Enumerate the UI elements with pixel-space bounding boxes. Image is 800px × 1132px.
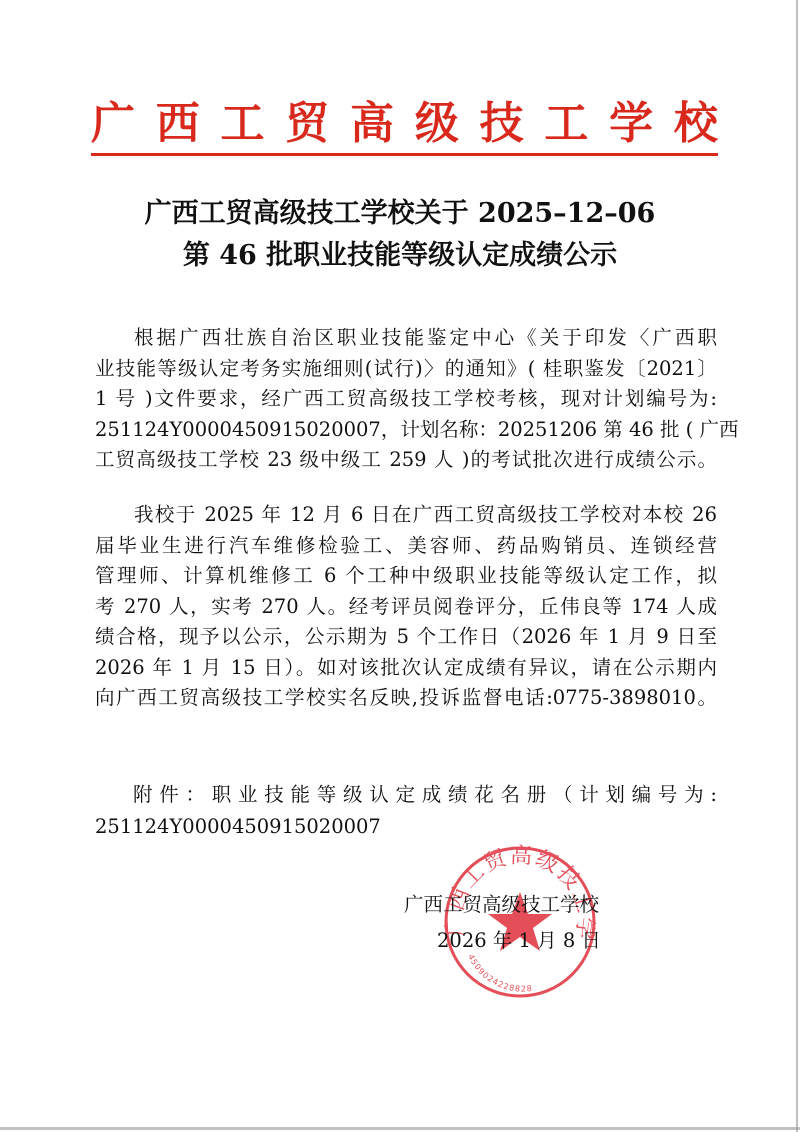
document-title: 广西工贸高级技工学校关于 2025–12–06 第 46 批职业技能等级认定成绩… xyxy=(100,193,700,277)
paragraph-line: 2026 年 1 月 15 日）。如对该批次认定成绩有异议，请在公示期内 xyxy=(95,653,717,684)
paragraph-line: 绩合格，现予以公示，公示期为 5 个工作日（2026 年 1 月 9 日至 xyxy=(95,622,717,653)
paragraph-line: 届毕业生进行汽车维修检验工、美容师、药品购销员、连锁经营 xyxy=(95,531,717,562)
paragraph-line: 管理师、计算机维修工 6 个工种中级职业技能等级认定工作，拟 xyxy=(95,561,717,592)
paragraph-line: 1 号 )文件要求，经广西工贸高级技工学校考核，现对计划编号为: xyxy=(95,384,717,415)
attachment-plan-number: 251124Y0000450915020007 xyxy=(95,811,717,843)
paragraph-line: 根据广西壮族自治区职业技能鉴定中心《关于印发〈广西职 xyxy=(95,323,717,354)
letterhead-char: 级 xyxy=(415,96,459,152)
paragraph-line: 我校于 2025 年 12 月 6 日在广西工贸高级技工学校对本校 26 xyxy=(95,500,717,531)
signature-org: 广西工贸高级技工学校 xyxy=(404,887,624,923)
letterhead-divider xyxy=(91,153,718,156)
letterhead-char: 贸 xyxy=(285,96,329,152)
signature-date: 2026 年 1 月 8 日 xyxy=(404,923,624,959)
attachment-note: 附件：职业技能等级认定成绩花名册（计划编号为: 251124Y000045091… xyxy=(95,779,717,843)
title-line-2: 第 46 批职业技能等级认定成绩公示 xyxy=(100,235,700,277)
page-edge-right xyxy=(796,0,798,1132)
paragraph-details: 我校于 2025 年 12 月 6 日在广西工贸高级技工学校对本校 26 届毕业… xyxy=(95,500,717,714)
paragraph-line: 向广西工贸高级技工学校实名反映,投诉监督电话:0775-3898010。 xyxy=(95,683,717,714)
paragraph-line: 251124Y0000450915020007，计划名称：20251206 第 … xyxy=(95,415,717,446)
paragraph-basis: 根据广西壮族自治区职业技能鉴定中心《关于印发〈广西职 业技能等级认定考务实施细则… xyxy=(95,323,717,476)
letterhead-char: 校 xyxy=(674,96,718,152)
signature-block: 广西工贸高级技工学校 2026 年 1 月 8 日 xyxy=(404,887,624,959)
letterhead-char: 广 xyxy=(91,96,135,152)
attachment-line-1: 附件：职业技能等级认定成绩花名册（计划编号为: xyxy=(95,779,717,811)
letterhead-char: 工 xyxy=(221,96,265,152)
title-line-1: 广西工贸高级技工学校关于 2025–12–06 xyxy=(100,193,700,235)
letterhead-char: 高 xyxy=(350,96,394,152)
paragraph-line: 工贸高级技工学校 23 级中级工 259 人 )的考试批次进行成绩公示。 xyxy=(95,445,717,476)
paragraph-line: 考 270 人，实考 270 人。经考评员阅卷评分，丘伟良等 174 人成 xyxy=(95,592,717,623)
letterhead-char: 技 xyxy=(480,96,524,152)
letterhead-char: 学 xyxy=(609,96,653,152)
letterhead-char: 工 xyxy=(544,96,588,152)
page-edge-bottom xyxy=(0,1127,800,1130)
letterhead-char: 西 xyxy=(156,96,200,152)
paragraph-line: 业技能等级认定考务实施细则(试行)〉的通知》( 桂职鉴发〔2021〕 xyxy=(95,354,717,385)
letterhead: 广 西 工 贸 高 级 技 工 学 校 xyxy=(91,96,718,152)
